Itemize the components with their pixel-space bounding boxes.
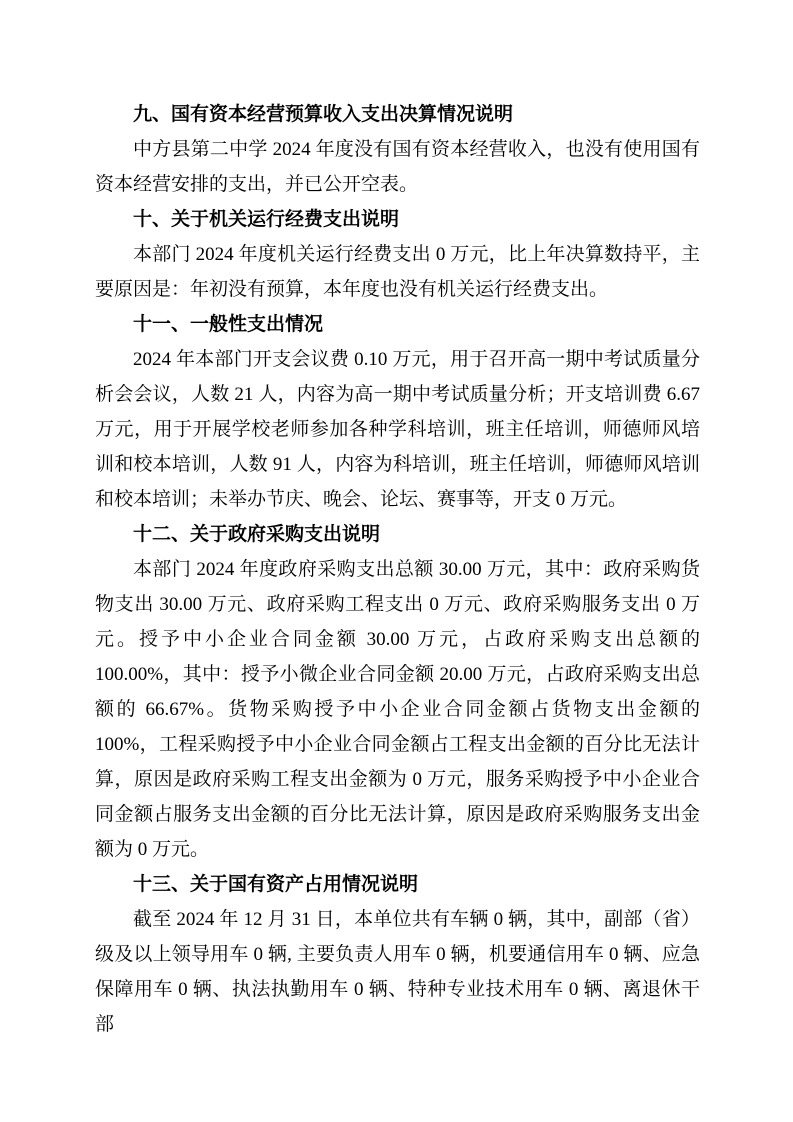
paragraph: 截至 2024 年 12 月 31 日，本单位共有车辆 0 辆，其中，副部（省）… xyxy=(95,902,700,1042)
paragraph: 本部门 2024 年度政府采购支出总额 30.00 万元，其中：政府采购货物支出… xyxy=(95,552,700,867)
document-body: 九、国有资本经营预算收入支出决算情况说明 中方县第二中学 2024 年度没有国有… xyxy=(95,97,700,1042)
document-page: 九、国有资本经营预算收入支出决算情况说明 中方县第二中学 2024 年度没有国有… xyxy=(0,0,793,1122)
section-heading: 十、关于机关运行经费支出说明 xyxy=(95,202,700,237)
paragraph: 2024 年本部门开支会议费 0.10 万元，用于召开高一期中考试质量分析会会议… xyxy=(95,342,700,517)
section-agency-operating-expense: 十、关于机关运行经费支出说明 本部门 2024 年度机关运行经费支出 0 万元，… xyxy=(95,202,700,307)
paragraph: 本部门 2024 年度机关运行经费支出 0 万元，比上年决算数持平，主要原因是：… xyxy=(95,237,700,307)
section-state-asset-occupancy: 十三、关于国有资产占用情况说明 截至 2024 年 12 月 31 日，本单位共… xyxy=(95,867,700,1042)
section-general-expenditure: 十一、一般性支出情况 2024 年本部门开支会议费 0.10 万元，用于召开高一… xyxy=(95,307,700,517)
paragraph: 中方县第二中学 2024 年度没有国有资本经营收入，也没有使用国有资本经营安排的… xyxy=(95,132,700,202)
section-heading: 九、国有资本经营预算收入支出决算情况说明 xyxy=(95,97,700,132)
section-heading: 十二、关于政府采购支出说明 xyxy=(95,517,700,552)
section-heading: 十三、关于国有资产占用情况说明 xyxy=(95,867,700,902)
section-government-procurement: 十二、关于政府采购支出说明 本部门 2024 年度政府采购支出总额 30.00 … xyxy=(95,517,700,867)
section-state-capital-budget: 九、国有资本经营预算收入支出决算情况说明 中方县第二中学 2024 年度没有国有… xyxy=(95,97,700,202)
section-heading: 十一、一般性支出情况 xyxy=(95,307,700,342)
